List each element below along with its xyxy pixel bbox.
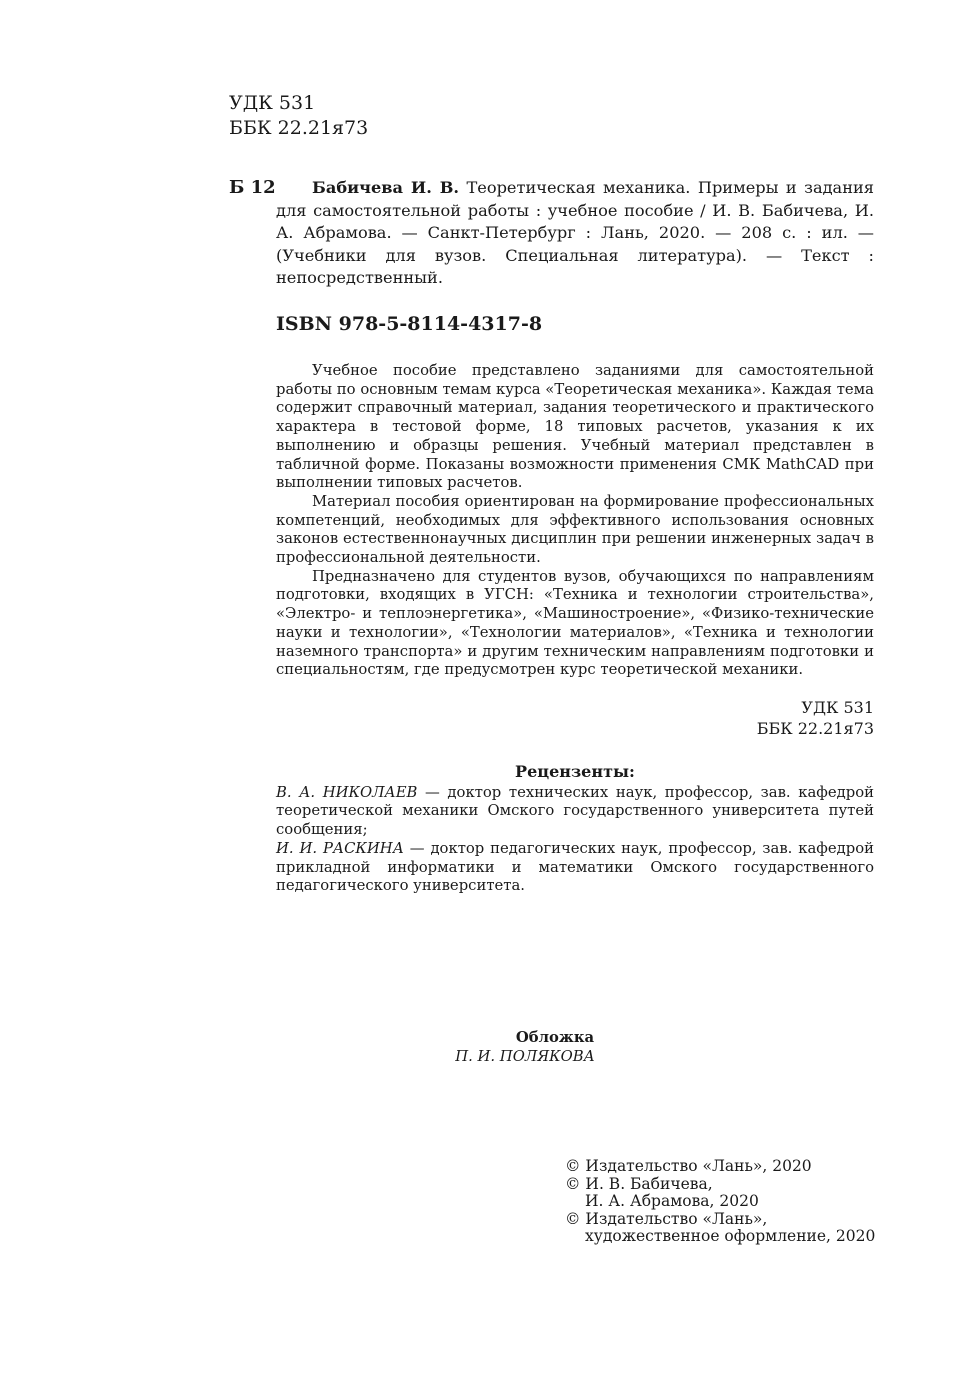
annotation-paragraph: Материал пособия ориентирован на формиро… — [276, 493, 874, 568]
classification-bottom: УДК 531 ББК 22.21я73 — [276, 697, 874, 739]
cover-credit: Обложка П. И. ПОЛЯКОВА — [440, 1028, 670, 1066]
author-name: Бабичева И. В. — [312, 178, 459, 197]
bbk-code: ББК 22.21я73 — [276, 718, 874, 739]
copyright-line: © Издательство «Лань», — [565, 1211, 875, 1229]
author-mark: Б 12 — [229, 177, 276, 200]
reviewer: И. И. РАСКИНА — доктор педагогических на… — [276, 840, 874, 896]
copyright-line: И. А. Абрамова, 2020 — [565, 1193, 875, 1211]
classification-top: УДК 531 ББК 22.21я73 — [229, 91, 368, 141]
annotation-paragraph: Учебное пособие представлено заданиями д… — [276, 362, 874, 493]
copyright-line: © И. В. Бабичева, — [565, 1176, 875, 1194]
bibliographic-entry: Б 12 Бабичева И. В. Теоретическая механи… — [229, 177, 874, 290]
bbk-code: ББК 22.21я73 — [229, 116, 368, 141]
copyright-line: © Издательство «Лань», 2020 — [565, 1158, 875, 1176]
reviewer: В. А. НИКОЛАЕВ — доктор технических наук… — [276, 784, 874, 840]
udk-code: УДК 531 — [276, 697, 874, 718]
cover-label: Обложка — [440, 1028, 670, 1047]
reviewer-name: В. А. НИКОЛАЕВ — [276, 784, 417, 801]
bibliographic-description: Бабичева И. В. Теоретическая механика. П… — [276, 177, 874, 290]
cover-designer: П. И. ПОЛЯКОВА — [380, 1047, 670, 1066]
copyright-block: © Издательство «Лань», 2020 © И. В. Баби… — [565, 1158, 875, 1246]
udk-code: УДК 531 — [229, 91, 368, 116]
annotation-paragraph: Предназначено для студентов вузов, обуча… — [276, 568, 874, 680]
copyright-line: художественное оформление, 2020 — [565, 1228, 875, 1246]
reviewers: Рецензенты: В. А. НИКОЛАЕВ — доктор техн… — [276, 763, 874, 896]
reviewer-name: И. И. РАСКИНА — [276, 840, 404, 857]
reviewers-title: Рецензенты: — [276, 763, 874, 782]
annotation: Учебное пособие представлено заданиями д… — [276, 362, 874, 680]
isbn: ISBN 978-5-8114-4317-8 — [276, 313, 542, 335]
book-imprint-page: УДК 531 ББК 22.21я73 Б 12 Бабичева И. В.… — [0, 0, 975, 1388]
